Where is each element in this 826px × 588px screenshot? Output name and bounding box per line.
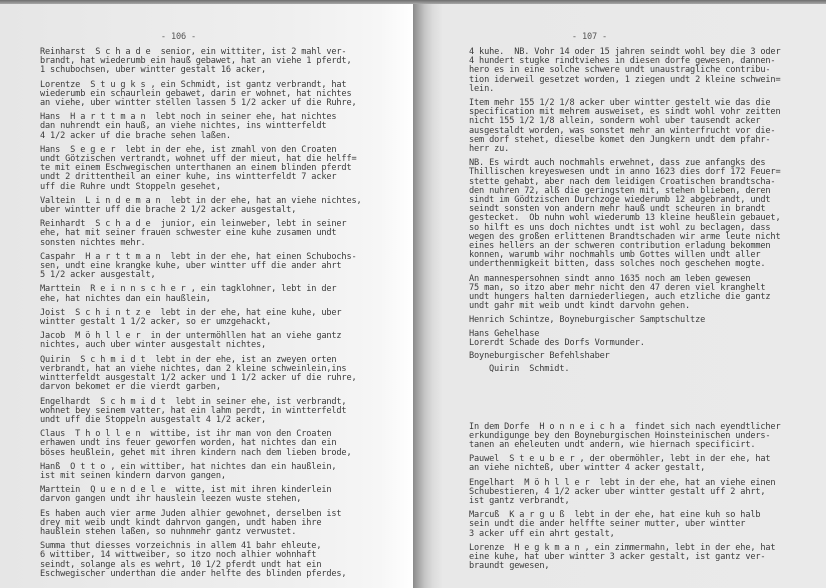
page-number: - 106 - (0, 33, 385, 42)
paragraph: An mannespersohnen sindt anno 1635 noch … (469, 275, 809, 312)
signature: Hans GehelhaseLorerdt Schade des Dorfs V… (469, 330, 809, 348)
text-line: Eschwegischer underthan die ander helfte… (40, 570, 380, 579)
signature-block: Henrich Schintze, Boyneburgischer Sampts… (469, 316, 809, 374)
text-line: 4 1/2 acker uf die brache sehen laßen. (40, 132, 380, 141)
text-line: sem dorf stehet, dieselbe komet den Jung… (469, 136, 809, 145)
text-line: darvon gangen undt ihr hauslein leezen w… (40, 495, 380, 504)
paragraph: Hans H a r t t m a n lebt noch in seiner… (40, 113, 380, 141)
paragraph: Valtein L i n d e m a n lebt in der ehe,… (40, 197, 380, 215)
paragraph: Hans S e g e r lebt in der ehe, ist zmah… (40, 146, 380, 192)
paragraph: Pauwel S t e u b e r , der obermöhler, l… (469, 455, 809, 473)
paragraph: Summa thut diesses vorzeichnis in allem … (40, 542, 380, 579)
paragraph: Marttein Q u e n d e l e witte, ist mit … (40, 486, 380, 504)
section-gap (469, 379, 809, 423)
signature: Boyneburgischer Befehlshaber (469, 352, 809, 361)
paragraph: Quirin S c h m i d t lebt in der ehe, is… (40, 356, 380, 393)
paragraph: Es haben auch vier arme Juden alhier gew… (40, 510, 380, 538)
text-line: undt gahr mit weib undt kindt darvohn ge… (469, 302, 809, 311)
right-page: - 107 - 4 kuhe. NB. Vohr 14 oder 15 jahr… (413, 4, 826, 588)
paragraph: Marttein R e i n n s c h e r , ein tagkl… (40, 285, 380, 303)
paragraph: Hanß O t t o , ein wittiber, hat nichtes… (40, 463, 380, 481)
page-number: - 107 - (383, 33, 796, 42)
text-line: an viehe nichteß, uber wintter 4 acker g… (469, 464, 809, 473)
left-page: - 106 - Reinharst S c h a d e senior, ei… (0, 4, 413, 588)
text-line: ist gantz verbrandt, (469, 497, 809, 506)
paragraph: Reinhardt S c h a d e junior, ein leinwe… (40, 220, 380, 248)
text-line: haußlein stehen laßen, so nuhnmehr gantz… (40, 528, 380, 537)
text-line: nichtes, auch uber winter ausgestalt nic… (40, 341, 380, 350)
text-line: lein. (469, 85, 809, 94)
text-line: Lorerdt Schade des Dorfs Vormunder. (469, 339, 809, 348)
text-line: sonsten nichtes mehr. (40, 239, 380, 248)
text-line: underthenmigkeit bitten, dass solches no… (469, 260, 809, 269)
text-line: tanen an eheleuten undt andern, wie hier… (469, 441, 809, 450)
paragraph: Joist S c h i n t z e lebt in der ehe, h… (40, 309, 380, 327)
paragraph: Jacob M ö h l l e r in der untermöhllen … (40, 332, 380, 350)
text-line: böses heußlein, gehet mit ihren kindern … (40, 449, 380, 458)
paragraph: Lorentze S t u g k s , ein Schmidt, ist … (40, 81, 380, 109)
paragraph: Marcuß K a r g u ß lebt in der ehe, hat … (469, 511, 809, 539)
text-line: ist mit seinen kindern darvon gangen, (40, 472, 380, 481)
text-line: uber wintter uff die brache 2 1/2 acker … (40, 206, 380, 215)
text-line: ehe, hat nichtes dan ein haußlein, (40, 295, 380, 304)
paragraph: Engelhart M ö h l l e r lebt in der ehe,… (469, 479, 809, 507)
paragraph: Lorenze H e g k m a n , ein zimmermahn, … (469, 544, 809, 572)
left-page-body: Reinharst S c h a d e senior, ein wittit… (40, 48, 380, 584)
text-line: uff die Ruhre undt Stoppeln gesehet, (40, 183, 380, 192)
text-line: Henrich Schintze, Boyneburgischer Sampts… (469, 316, 809, 325)
paragraph: Caspahr H a r t t m a n lebt in der ehe,… (40, 253, 380, 281)
paragraph: Claus T h o l l e n wittibe, ist ihr man… (40, 430, 380, 458)
paragraph: Engelhardt S c h m i d t lebt in seiner … (40, 398, 380, 426)
signature: Henrich Schintze, Boyneburgischer Sampts… (469, 316, 809, 325)
text-line: Quirin Schmidt. (489, 365, 809, 374)
text-line: braundt gewesen, (469, 562, 809, 571)
text-line: herr zu. (469, 145, 809, 154)
paragraph: NB. Es wirdt auch nochmahls erwehnet, da… (469, 159, 809, 269)
text-line: wintter gestalt 1 1/2 acker, so er umzge… (40, 318, 380, 327)
paragraph: In dem Dorfe H o n n e i c h a findet si… (469, 423, 809, 451)
text-line: an viehe, uber wintter stellen lassen 5 … (40, 99, 380, 108)
text-line: 5 1/2 acker ausgestalt, (40, 271, 380, 280)
text-line: 3 acker uff ein ahrt gestalt, (469, 530, 809, 539)
text-line: darvon bekomet er die vierdt garben, (40, 383, 380, 392)
signature: Quirin Schmidt. (469, 365, 809, 374)
paragraph: 4 kuhe. NB. Vohr 14 oder 15 jahren seind… (469, 48, 809, 94)
text-line: 1 schubochsen, uber wintter gestalt 16 a… (40, 66, 380, 75)
paragraph: Item mehr 155 1/2 1/8 acker uber wintter… (469, 99, 809, 154)
book-spread: - 106 - Reinharst S c h a d e senior, ei… (0, 0, 826, 588)
text-line: tion iderweil gesetzet worden, 1 ziegen … (469, 76, 809, 85)
text-line: undt uff die Stoppeln ausgestalt 4 1/2 a… (40, 416, 380, 425)
text-line: Boyneburgischer Befehlshaber (469, 352, 809, 361)
right-page-entries: 4 kuhe. NB. Vohr 14 oder 15 jahren seind… (469, 48, 809, 311)
honneicha-section: In dem Dorfe H o n n e i c h a findet si… (469, 423, 809, 572)
paragraph: Reinharst S c h a d e senior, ein wittit… (40, 48, 380, 76)
right-page-body: 4 kuhe. NB. Vohr 14 oder 15 jahren seind… (469, 48, 809, 576)
